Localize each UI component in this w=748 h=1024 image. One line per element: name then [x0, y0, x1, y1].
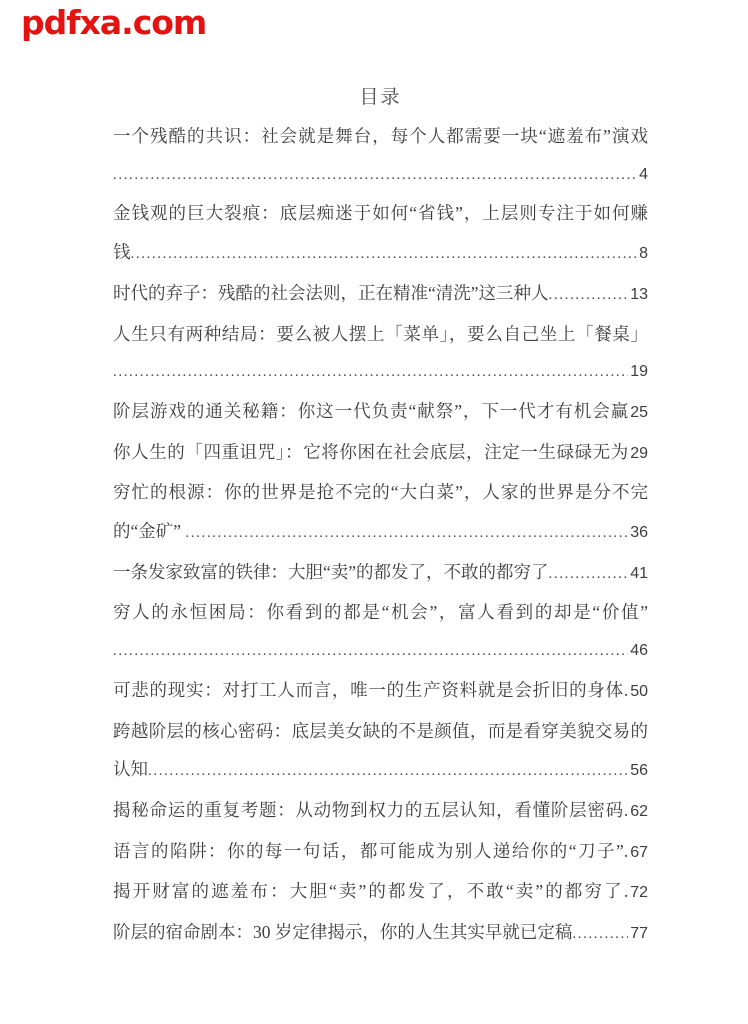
toc-row[interactable]: 可悲的现实：对打工人而言，唯一的生产资料就是会折旧的身体. 50 [113, 671, 648, 712]
dot-leader: ........................................… [549, 555, 629, 594]
toc-title: 目录 [113, 86, 648, 110]
toc-entry-text: 穷人的永恒困局：你看到的都是“机会”，富人看到的却是“价值” [113, 593, 648, 632]
document-page: pdfxa.com 目录 一个残酷的共识：社会就是舞台，每个人都需要一块“遮羞布… [0, 0, 748, 1024]
toc-entry-text: 钱 [113, 233, 131, 272]
toc-page-number: 46 [630, 632, 648, 671]
toc-row[interactable]: ........................................… [113, 632, 648, 671]
toc-row[interactable]: 揭秘命运的重复考题：从动物到权力的五层认知，看懂阶层密码. 62 [113, 791, 648, 832]
toc-row[interactable]: 的“金矿” ..................................… [113, 512, 648, 553]
toc-entry-text: 认知 [113, 750, 148, 789]
toc-entry-text: 阶层的宿命剧本：30 岁定律揭示，你的人生其实早就已定稿 [113, 913, 572, 952]
dot-leader: ........................................… [113, 156, 637, 195]
toc-list: 一个残酷的共识：社会就是舞台，每个人都需要一块“遮羞布”演戏 .........… [113, 117, 648, 954]
toc-entry-text: 可悲的现实：对打工人而言，唯一的生产资料就是会折旧的身体. [113, 671, 628, 710]
toc-entry-text: 揭秘命运的重复考题：从动物到权力的五层认知，看懂阶层密码. [113, 791, 628, 830]
dot-leader: ........................................… [549, 276, 629, 315]
toc-row[interactable]: 一条发家致富的铁律：大胆“卖”的都发了，不敢的都穷了 .............… [113, 553, 648, 594]
toc-row[interactable]: 一个残酷的共识：社会就是舞台，每个人都需要一块“遮羞布”演戏 [113, 117, 648, 156]
toc-row[interactable]: ........................................… [113, 156, 648, 195]
toc-row[interactable]: 语言的陷阱：你的每一句话，都可能成为别人递给你的“刀子”. 67 [113, 832, 648, 873]
toc-entry-text: 时代的弃子：残酷的社会法则，正在精准“清洗”这三种人 [113, 274, 549, 313]
watermark-logo: pdfxa.com [21, 2, 206, 44]
toc-entry-text: 语言的陷阱：你的每一句话，都可能成为别人递给你的“刀子”. [113, 832, 628, 871]
toc-page-number: 19 [630, 353, 648, 392]
toc-row[interactable]: 时代的弃子：残酷的社会法则，正在精准“清洗”这三种人 .............… [113, 274, 648, 315]
toc-page-number: 13 [630, 276, 648, 315]
toc-entry-text: 的“金矿” [113, 512, 185, 551]
toc-row[interactable]: 金钱观的巨大裂痕：底层痴迷于如何“省钱”，上层则专注于如何赚 [113, 194, 648, 233]
toc-entry-text: 一条发家致富的铁律：大胆“卖”的都发了，不敢的都穷了 [113, 553, 549, 592]
toc-page-number: 8 [639, 235, 648, 274]
toc-page-number: 4 [639, 156, 648, 195]
dot-leader: ........................................… [113, 632, 628, 671]
toc-page-number: 77 [630, 915, 648, 954]
dot-leader: ........................................… [131, 235, 638, 274]
toc-row[interactable]: 人生只有两种结局：要么被人摆上「菜单」，要么自己坐上「餐桌」 [113, 315, 648, 354]
toc-row[interactable]: 穷人的永恒困局：你看到的都是“机会”，富人看到的却是“价值” [113, 593, 648, 632]
toc-entry-text: 一个残酷的共识：社会就是舞台，每个人都需要一块“遮羞布”演戏 [113, 117, 648, 156]
toc-page-number: 67 [630, 834, 648, 873]
toc-page-number: 62 [630, 793, 648, 832]
toc-row[interactable]: 钱 ......................................… [113, 233, 648, 274]
toc-page-number: 72 [630, 874, 648, 913]
toc-row[interactable]: ........................................… [113, 353, 648, 392]
toc-page-number: 50 [630, 673, 648, 712]
table-of-contents: 目录 一个残酷的共识：社会就是舞台，每个人都需要一块“遮羞布”演戏 ......… [113, 86, 648, 954]
toc-entry-text: 人生只有两种结局：要么被人摆上「菜单」，要么自己坐上「餐桌」 [113, 315, 648, 354]
toc-page-number: 29 [630, 435, 648, 474]
toc-page-number: 56 [630, 752, 648, 791]
dot-leader: ........................................… [113, 353, 628, 392]
toc-entry-text: 揭开财富的遮羞布：大胆“卖”的都发了，不敢“卖”的都穷了. [113, 872, 628, 911]
dot-leader: ........................................… [185, 514, 628, 553]
toc-page-number: 25 [630, 394, 648, 433]
toc-row[interactable]: 你人生的「四重诅咒」：它将你困在社会底层，注定一生碌碌无为 29 [113, 433, 648, 474]
toc-row[interactable]: 阶层游戏的通关秘籍：你这一代负责“献祭”，下一代才有机会赢 25 [113, 392, 648, 433]
toc-entry-text: 阶层游戏的通关秘籍：你这一代负责“献祭”，下一代才有机会赢 [113, 392, 628, 431]
toc-row[interactable]: 阶层的宿命剧本：30 岁定律揭示，你的人生其实早就已定稿 ...........… [113, 913, 648, 954]
toc-row[interactable]: 穷忙的根源：你的世界是抢不完的“大白菜”，人家的世界是分不完 [113, 473, 648, 512]
toc-entry-text: 金钱观的巨大裂痕：底层痴迷于如何“省钱”，上层则专注于如何赚 [113, 194, 648, 233]
toc-page-number: 41 [630, 555, 648, 594]
toc-row[interactable]: 跨越阶层的核心密码：底层美女缺的不是颜值，而是看穿美貌交易的 [113, 712, 648, 751]
toc-page-number: 36 [630, 514, 648, 553]
toc-row[interactable]: 认知 .....................................… [113, 750, 648, 791]
dot-leader: ........................................… [148, 752, 628, 791]
toc-entry-text: 你人生的「四重诅咒」：它将你困在社会底层，注定一生碌碌无为 [113, 433, 628, 472]
toc-row[interactable]: 揭开财富的遮羞布：大胆“卖”的都发了，不敢“卖”的都穷了. 72 [113, 872, 648, 913]
dot-leader: ........................................… [572, 915, 628, 954]
toc-entry-text: 穷忙的根源：你的世界是抢不完的“大白菜”，人家的世界是分不完 [113, 473, 648, 512]
toc-entry-text: 跨越阶层的核心密码：底层美女缺的不是颜值，而是看穿美貌交易的 [113, 712, 648, 751]
